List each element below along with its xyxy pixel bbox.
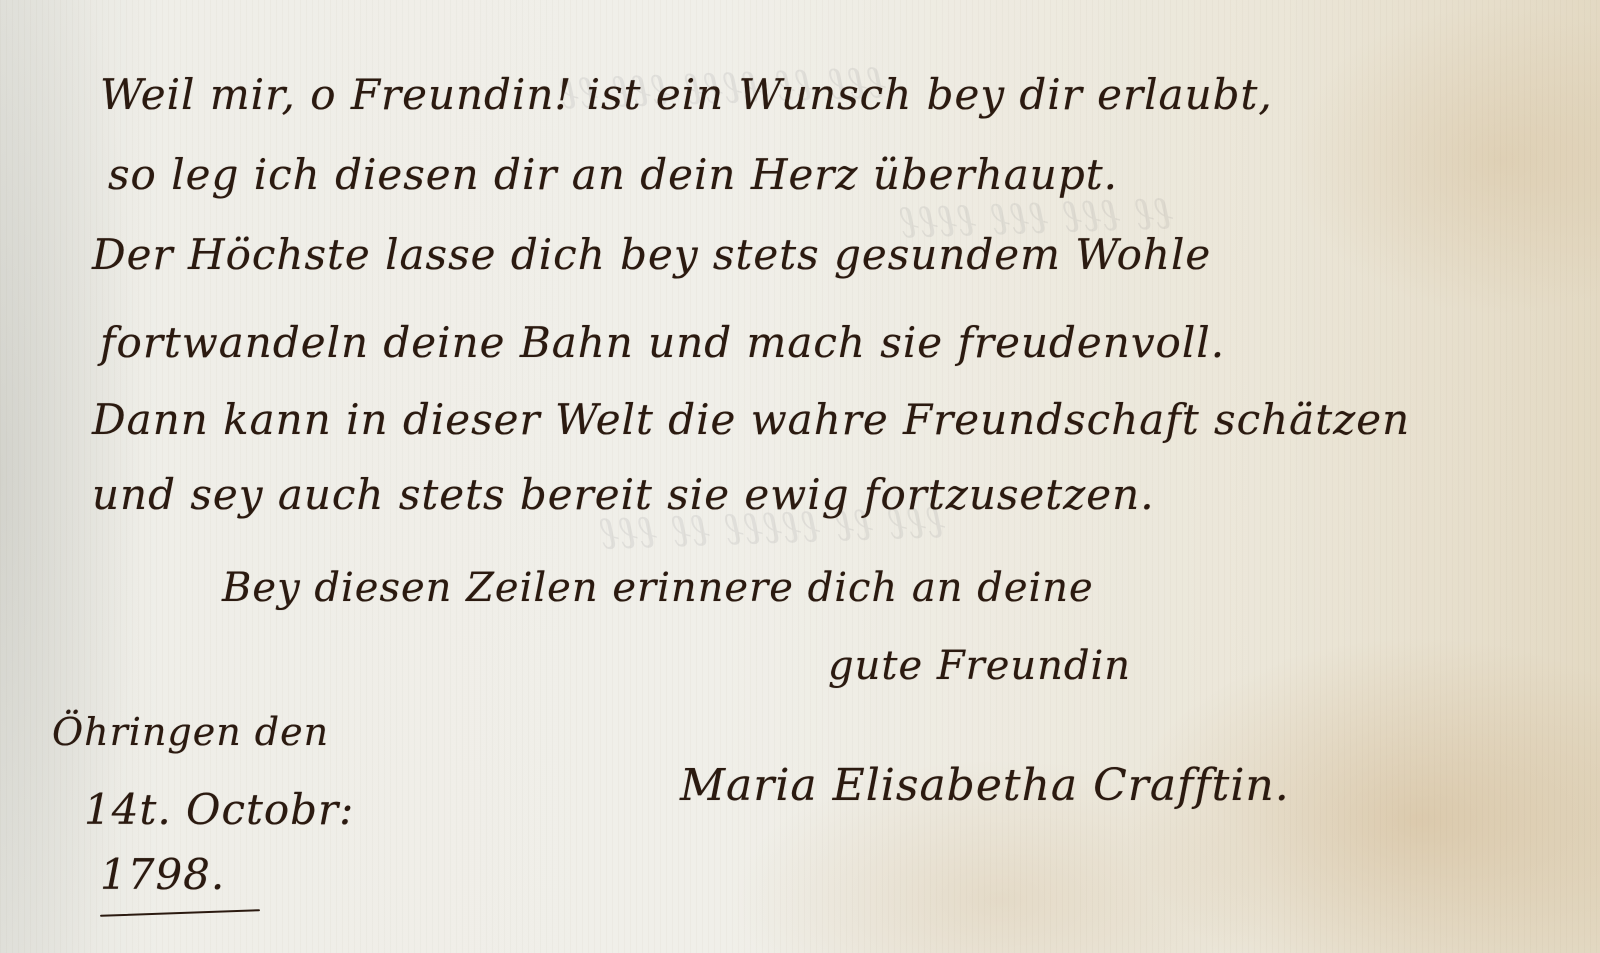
verse-line-4: fortwandeln deine Bahn und mach sie freu… <box>100 318 1225 367</box>
date-year: 1798. <box>100 850 225 899</box>
place-name: Öhringen den <box>52 710 329 754</box>
signature: Maria Elisabetha Crafftin. <box>680 760 1290 811</box>
verse-line-1: Weil mir, o Freundin! ist ein Wunsch bey… <box>100 70 1273 119</box>
verse-line-6: und sey auch stets bereit sie ewig fortz… <box>92 470 1155 519</box>
closing-line: Bey diesen Zeilen erinnere dich an deine <box>222 565 1094 611</box>
verse-line-5: Dann kann in dieser Welt die wahre Freun… <box>92 395 1410 444</box>
closing-salutation: gute Freundin <box>828 643 1131 689</box>
verse-line-3: Der Höchste lasse dich bey stets gesunde… <box>92 230 1211 279</box>
date-day-month: 14t. Octobr: <box>84 785 354 834</box>
verse-line-2: so leg ich diesen dir an dein Herz überh… <box>108 150 1118 199</box>
manuscript-page: ℓℓℓ ℓℓ ℓℓℓℓ ℓℓℓ ℓℓ ℓℓ ℓℓℓ ℓℓℓ ℓℓℓℓ ℓℓℓ ℓ… <box>0 0 1600 953</box>
year-underline-flourish <box>100 909 260 917</box>
